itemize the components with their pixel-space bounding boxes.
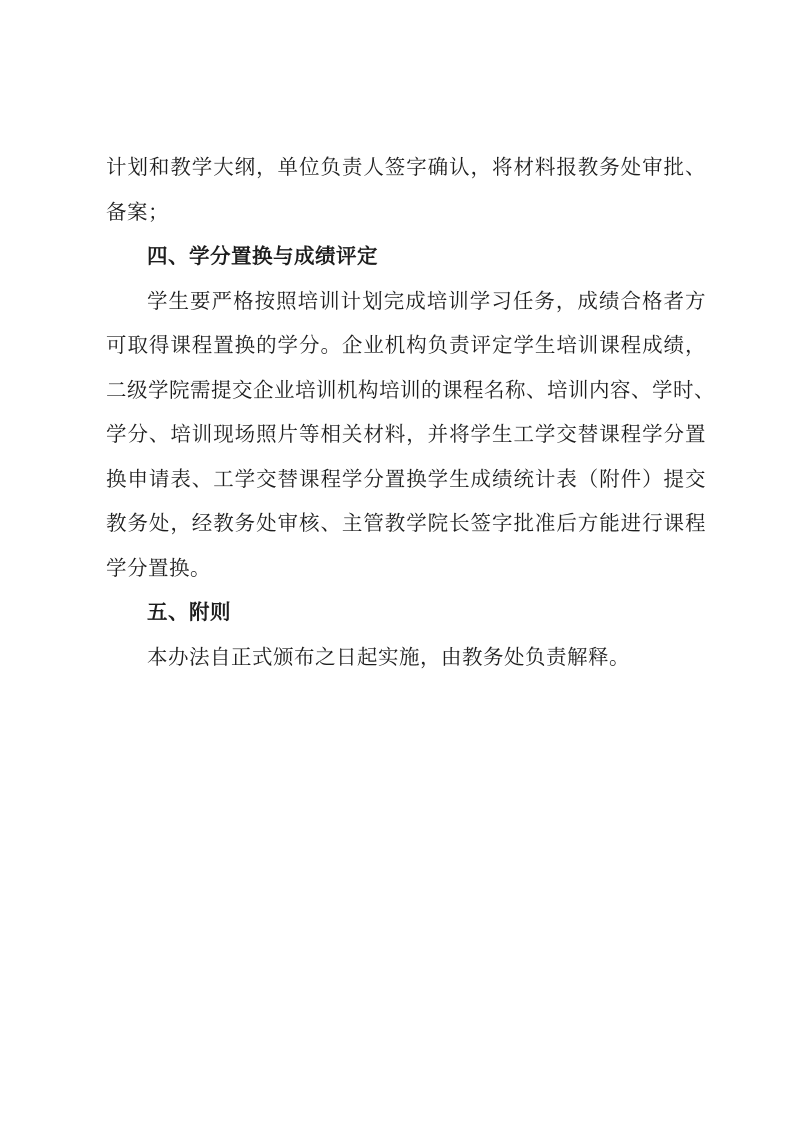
section-heading-supplementary-provisions: 五、附则 [106,591,706,636]
document-page: 计划和教学大纲，单位负责人签字确认，将材料报教务处审批、 备案； 四、学分置换与… [0,0,794,1122]
paragraph-line: 可取得课程置换的学分。企业机构负责评定学生培训课程成绩， [106,324,706,369]
paragraph-line: 学生要严格按照培训计划完成培训学习任务，成绩合格者方 [106,280,706,325]
paragraph-line: 教务处，经教务处审核、主管教学院长签字批准后方能进行课程 [106,502,706,547]
section-heading-credit-substitution: 四、学分置换与成绩评定 [106,235,706,280]
paragraph-line: 本办法自正式颁布之日起实施，由教务处负责解释。 [106,636,706,681]
paragraph-line: 二级学院需提交企业培训机构培训的课程名称、培训内容、学时、 [106,369,706,414]
paragraph-line: 计划和教学大纲，单位负责人签字确认，将材料报教务处审批、 [106,146,706,191]
paragraph-line: 换申请表、工学交替课程学分置换学生成绩统计表（附件）提交 [106,458,706,503]
paragraph-line: 学分、培训现场照片等相关材料，并将学生工学交替课程学分置 [106,413,706,458]
paragraph-line: 学分置换。 [106,547,706,592]
paragraph-line: 备案； [106,191,706,236]
document-text-block: 计划和教学大纲，单位负责人签字确认，将材料报教务处审批、 备案； 四、学分置换与… [106,146,706,680]
